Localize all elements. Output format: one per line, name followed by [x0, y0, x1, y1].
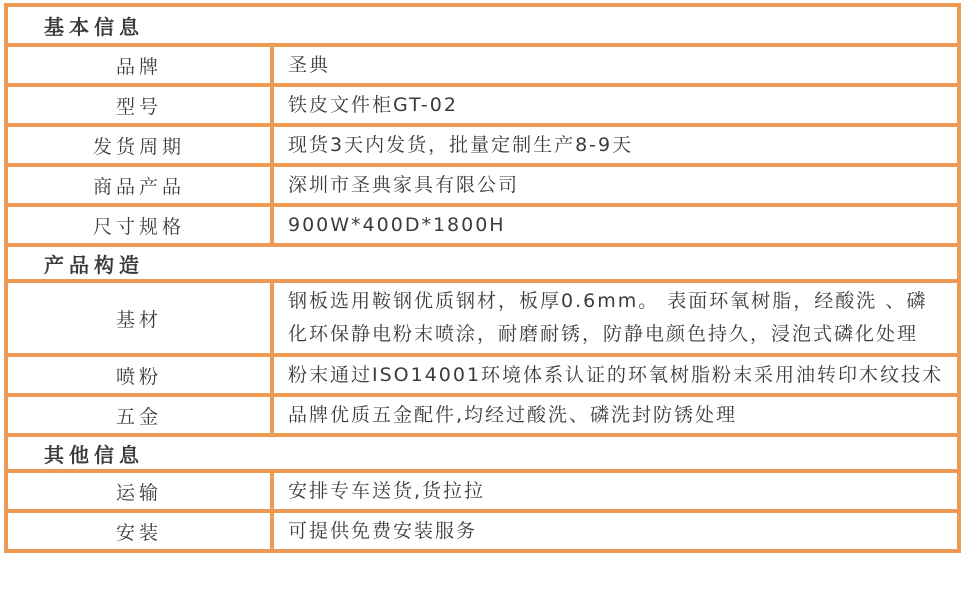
dimensions-label: 尺寸规格 [8, 207, 274, 243]
section-title-product-structure: 产品构造 [8, 243, 957, 279]
row-product-company: 商品产品 深圳市圣典家具有限公司 [8, 163, 957, 203]
hardware-value: 品牌优质五金配件,均经过酸洗、磷洗封防锈处理 [274, 397, 957, 433]
brand-value: 圣典 [274, 47, 957, 83]
section-title-basic-info: 基本信息 [8, 7, 957, 43]
section-title-other-info: 其他信息 [8, 433, 957, 469]
powder-coating-value: 粉末通过ISO14001环境体系认证的环氧树脂粉末采用油转印木纹技术 [274, 357, 957, 393]
delivery-period-label: 发货周期 [8, 127, 274, 163]
product-company-value: 深圳市圣典家具有限公司 [274, 167, 957, 203]
row-installation: 安装 可提供免费安装服务 [8, 509, 957, 549]
product-spec-table: 基本信息 品牌 圣典 型号 铁皮文件柜GT-02 发货周期 现货3天内发货，批量… [4, 3, 961, 553]
installation-label: 安装 [8, 513, 274, 549]
model-value: 铁皮文件柜GT-02 [274, 87, 957, 123]
hardware-label: 五金 [8, 397, 274, 433]
row-delivery-period: 发货周期 现货3天内发货，批量定制生产8-9天 [8, 123, 957, 163]
powder-coating-label: 喷粉 [8, 357, 274, 393]
shipping-value: 安排专车送货,货拉拉 [274, 473, 957, 509]
row-brand: 品牌 圣典 [8, 43, 957, 83]
row-powder-coating: 喷粉 粉末通过ISO14001环境体系认证的环氧树脂粉末采用油转印木纹技术 [8, 353, 957, 393]
row-shipping: 运输 安排专车送货,货拉拉 [8, 469, 957, 509]
shipping-label: 运输 [8, 473, 274, 509]
row-dimensions: 尺寸规格 900W*400D*1800H [8, 203, 957, 243]
dimensions-value: 900W*400D*1800H [274, 207, 957, 243]
row-hardware: 五金 品牌优质五金配件,均经过酸洗、磷洗封防锈处理 [8, 393, 957, 433]
brand-label: 品牌 [8, 47, 274, 83]
base-material-value: 钢板选用鞍钢优质钢材，板厚0.6mm。 表面环氧树脂，经酸洗 、磷化环保静电粉末… [274, 283, 957, 353]
row-model: 型号 铁皮文件柜GT-02 [8, 83, 957, 123]
installation-value: 可提供免费安装服务 [274, 513, 957, 549]
base-material-label: 基材 [8, 283, 274, 353]
delivery-period-value: 现货3天内发货，批量定制生产8-9天 [274, 127, 957, 163]
row-base-material: 基材 钢板选用鞍钢优质钢材，板厚0.6mm。 表面环氧树脂，经酸洗 、磷化环保静… [8, 279, 957, 353]
model-label: 型号 [8, 87, 274, 123]
product-company-label: 商品产品 [8, 167, 274, 203]
